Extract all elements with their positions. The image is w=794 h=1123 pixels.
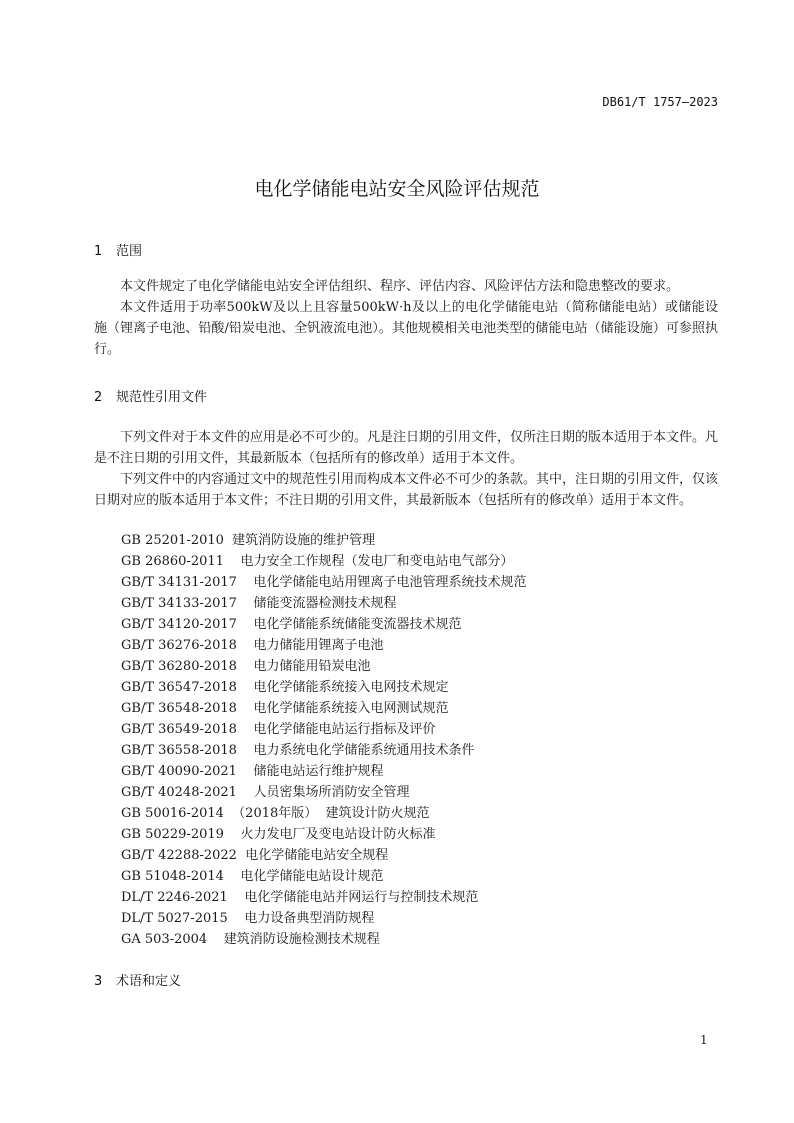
reference-code: GB/T 40248-2021: [121, 782, 237, 803]
reference-item: GB/T 34120-2017 电化学储能系统储能变流器技术规范: [121, 614, 527, 635]
reference-title: 电力系统电化学储能系统通用技术条件: [253, 743, 474, 758]
reference-title: 电化学储能系统接入电网测试规范: [253, 701, 448, 716]
reference-code: GB/T 34120-2017: [121, 614, 237, 635]
reference-title: 电化学储能电站安全规程: [245, 848, 388, 863]
reference-code: GB 26860-2011: [121, 551, 224, 572]
reference-code: GB/T 34133-2017: [121, 593, 237, 614]
paragraph: 本文件适用于功率500kW及以上且容量500kW·h及以上的电化学储能电站（简称…: [94, 297, 718, 360]
reference-title: 电力安全工作规程（发电厂和变电站电气部分）: [240, 554, 513, 569]
reference-title: 电力设备典型消防规程: [244, 911, 374, 926]
reference-code: GB/T 42288-2022: [121, 845, 237, 866]
reference-title: 电化学储能电站并网运行与控制技术规范: [244, 890, 478, 905]
page-title: 电化学储能电站安全风险评估规范: [0, 174, 794, 201]
reference-code: GB 50229-2019: [121, 824, 224, 845]
reference-title: 储能电站运行维护规程: [253, 764, 383, 779]
reference-code: GB 50016-2014: [121, 803, 224, 824]
reference-item: GB 50229-2019 火力发电厂及变电站设计防火标准: [121, 824, 527, 845]
reference-title: 建筑消防设施的维护管理: [232, 533, 375, 548]
reference-code: GB/T 40090-2021: [121, 761, 237, 782]
reference-title: 电力储能用铅炭电池: [253, 659, 370, 674]
paragraph: 下列文件中的内容通过文中的规范性引用而构成本文件必不可少的条款。其中，注日期的引…: [94, 469, 718, 511]
section-number: 2: [94, 390, 116, 405]
reference-title: 电化学储能电站用锂离子电池管理系统技术规范: [253, 575, 526, 590]
reference-code: GB/T 36558-2018: [121, 740, 237, 761]
paragraph: 下列文件对于本文件的应用是必不可少的。凡是注日期的引用文件，仅所注日期的版本适用…: [94, 427, 718, 469]
reference-title: （2018年版） 建筑设计防火规范: [232, 806, 429, 821]
reference-title: 储能变流器检测技术规程: [253, 596, 396, 611]
reference-item: GB 26860-2011 电力安全工作规程（发电厂和变电站电气部分）: [121, 551, 527, 572]
reference-code: GB/T 36548-2018: [121, 698, 237, 719]
reference-item: DL/T 5027-2015 电力设备典型消防规程: [121, 908, 527, 929]
reference-code: GB/T 36547-2018: [121, 677, 237, 698]
reference-item: GB/T 36547-2018 电化学储能系统接入电网技术规定: [121, 677, 527, 698]
reference-title: 电力储能用锂离子电池: [253, 638, 383, 653]
reference-item: GB 50016-2014 （2018年版） 建筑设计防火规范: [121, 803, 527, 824]
section-title: 范围: [116, 244, 142, 259]
reference-item: GB 51048-2014 电化学储能电站设计规范: [121, 866, 527, 887]
reference-item: GB/T 42288-2022 电化学储能电站安全规程: [121, 845, 527, 866]
reference-title: 建筑消防设施检测技术规程: [224, 932, 380, 947]
reference-item: GB/T 36558-2018 电力系统电化学储能系统通用技术条件: [121, 740, 527, 761]
reference-code: GB/T 34131-2017: [121, 572, 237, 593]
reference-item: DL/T 2246-2021 电化学储能电站并网运行与控制技术规范: [121, 887, 527, 908]
reference-title: 电化学储能系统接入电网技术规定: [253, 680, 448, 695]
reference-item: GB/T 40248-2021 人员密集场所消防安全管理: [121, 782, 527, 803]
reference-title: 火力发电厂及变电站设计防火标准: [240, 827, 435, 842]
reference-item: GB/T 36280-2018 电力储能用铅炭电池: [121, 656, 527, 677]
reference-code: GB 51048-2014: [121, 866, 224, 887]
reference-list: GB 25201-2010 建筑消防设施的维护管理 GB 26860-2011 …: [121, 530, 527, 950]
section-title: 术语和定义: [116, 974, 181, 989]
section-title: 规范性引用文件: [116, 390, 207, 405]
reference-item: GB/T 40090-2021 储能电站运行维护规程: [121, 761, 527, 782]
section-heading-3: 3术语和定义: [94, 970, 181, 989]
paragraph: 本文件规定了电化学储能电站安全评估组织、程序、评估内容、风险评估方法和隐患整改的…: [94, 276, 718, 297]
reference-item: GB/T 36276-2018 电力储能用锂离子电池: [121, 635, 527, 656]
reference-item: GB/T 36548-2018 电化学储能系统接入电网测试规范: [121, 698, 527, 719]
reference-title: 人员密集场所消防安全管理: [253, 785, 409, 800]
section-number: 3: [94, 974, 116, 989]
reference-code: GB/T 36280-2018: [121, 656, 237, 677]
reference-item: GB 25201-2010 建筑消防设施的维护管理: [121, 530, 527, 551]
reference-title: 电化学储能电站运行指标及评价: [253, 722, 435, 737]
reference-item: GB/T 34131-2017 电化学储能电站用锂离子电池管理系统技术规范: [121, 572, 527, 593]
page-number: 1: [700, 1033, 708, 1047]
reference-title: 电化学储能电站设计规范: [240, 869, 383, 884]
reference-item: GA 503-2004 建筑消防设施检测技术规程: [121, 929, 527, 950]
reference-code: GA 503-2004: [121, 929, 207, 950]
section-number: 1: [94, 244, 116, 259]
section-heading-1: 1范围: [94, 240, 142, 259]
reference-title: 电化学储能系统储能变流器技术规范: [253, 617, 461, 632]
reference-code: DL/T 5027-2015: [121, 908, 228, 929]
reference-item: GB/T 34133-2017 储能变流器检测技术规程: [121, 593, 527, 614]
reference-code: GB/T 36549-2018: [121, 719, 237, 740]
standard-number: DB61/T 1757—2023: [602, 95, 718, 109]
reference-code: GB/T 36276-2018: [121, 635, 237, 656]
reference-item: GB/T 36549-2018 电化学储能电站运行指标及评价: [121, 719, 527, 740]
reference-code: GB 25201-2010: [121, 530, 224, 551]
reference-code: DL/T 2246-2021: [121, 887, 228, 908]
section-heading-2: 2规范性引用文件: [94, 386, 207, 405]
